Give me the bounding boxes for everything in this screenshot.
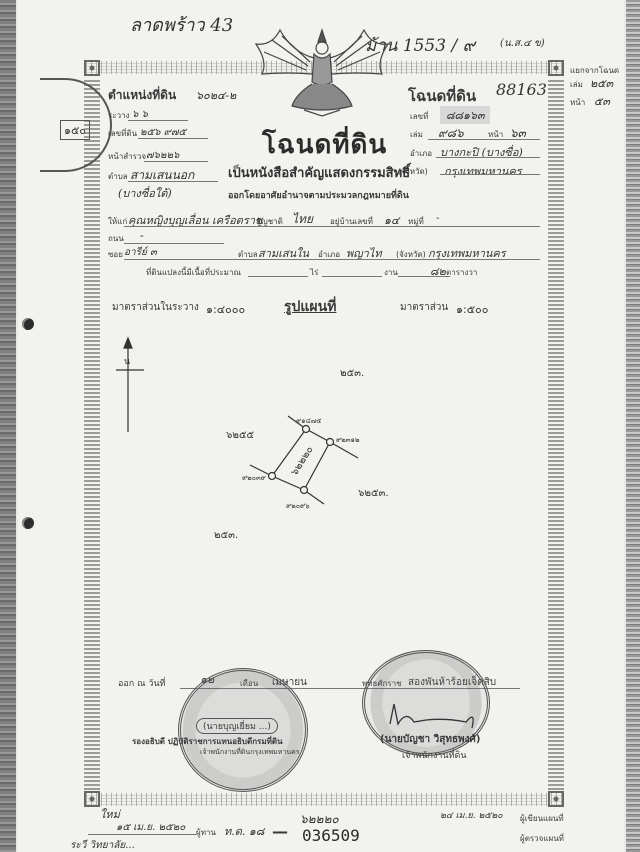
split-page-label: หน้า — [570, 96, 585, 109]
checker-label: ผู้ตรวจแผนที่ — [520, 832, 564, 845]
sheet-scale-label: มาตราส่วนในระวาง — [112, 300, 199, 315]
subdistrict-value: สามเสนนอก — [130, 166, 194, 185]
adjacent-label: ๖๒๕๓. — [358, 488, 389, 499]
footer-left-label: ผู้ทาน — [196, 826, 216, 839]
footer-right-note: ๒๔ เม.ย. ๒๕๒๐ — [440, 808, 503, 822]
corner-ornament-icon — [548, 791, 564, 807]
number-label: เลขที่ — [410, 110, 428, 123]
garuda-emblem-icon — [252, 22, 392, 117]
signature-icon — [386, 700, 486, 730]
number-value: ๘๘๑๖๓ — [440, 106, 490, 124]
scan-edge-right — [626, 0, 640, 852]
wa-value: ๘๒ — [430, 262, 446, 280]
area-label: ที่ดินแปลงนี้มีเนื้อที่ประมาณ — [146, 266, 241, 279]
book-label: เล่ม — [410, 128, 423, 141]
corner-ornament-icon — [84, 791, 100, 807]
district-value: บางกะปิ (บางซื่อ) — [440, 143, 523, 161]
handwritten-note: (น.ส.๔ ข) — [500, 36, 545, 51]
parcel-label: ๖๒๒๒๐ — [289, 444, 315, 477]
split-book-label: เล่ม — [570, 78, 583, 91]
road-label: ถนน — [108, 232, 124, 245]
split-book-value: ๒๕๓ — [590, 74, 613, 92]
footer-center-hand: ๖๒๒๒๐ — [300, 810, 339, 829]
north-label: น — [124, 357, 130, 367]
marker-label: ๙๑๔๗๕ — [296, 417, 321, 425]
deed-number-handwritten: 88163 — [496, 80, 547, 99]
rai-label: ไร่ — [310, 266, 318, 279]
subdistrict-label: ตำบล — [108, 170, 128, 183]
handwritten-note: ลาดพร้าว 43 — [130, 10, 233, 39]
adjacent-label: ๖๒๕๕ — [226, 430, 255, 441]
position-label: ตำแหน่งที่ดิน — [108, 86, 176, 105]
marker-label: ๙๒๐๓๙ — [242, 474, 266, 482]
serial-dash: — — [272, 822, 288, 841]
footer-bottom-note: ระวี วิทยาลัย... — [70, 838, 135, 852]
sheet-scale-value: ๑:๔๐๐๐ — [206, 300, 245, 318]
soi-value: อารีย์ ๓ — [124, 245, 157, 260]
marker-label: ๙๒๓๑๒ — [336, 436, 360, 444]
road-value: - — [140, 229, 144, 242]
corner-ornament-icon — [84, 60, 100, 76]
survey-page-label: หน้าสำรวจ — [108, 150, 146, 163]
split-page-value: ๕๓ — [594, 92, 610, 110]
ornamental-border-right — [548, 80, 564, 792]
position-value: ๖๐๒๔-๒ — [196, 86, 236, 104]
drawer-label: ผู้เขียนแผนที่ — [520, 812, 564, 825]
scan-edge-left — [0, 0, 16, 852]
right-signatory-title: เจ้าพนักงานที่ดิน — [402, 748, 466, 762]
wa-label: ตารางวา — [446, 266, 477, 279]
punch-hole-icon — [22, 318, 34, 330]
left-signatory-name: (นายบุญเยี่ยม ...) — [196, 718, 278, 734]
ornamental-border-bottom — [84, 793, 564, 806]
issued-by-text: ออกโดยอาศัยอำนาจตามประมวลกฎหมายที่ดิน — [228, 188, 409, 202]
deed-label: โฉนดที่ดิน — [408, 84, 476, 108]
parcel-map: น ๖๒๒๒๐ ๙๑๔๗๕ ๙๒๓๑๒ ๙๒๐๓๙ ๙๒๐๙๖ ๒๕๓. ๖๒๕… — [100, 330, 520, 630]
parcel-label: เลขที่ดิน — [108, 127, 137, 140]
right-signatory-name: (นายบัญชา วิสุทธพงศ์) — [380, 732, 480, 747]
district-label: อำเภอ — [410, 147, 432, 160]
marker-label: ๙๒๐๙๖ — [286, 502, 310, 510]
ornamental-border-left — [84, 80, 100, 792]
issue-label: ออก ณ วันที่ — [118, 676, 165, 690]
stamp-value: ๑๕๐ — [60, 120, 90, 140]
map-scale-value: ๑:๕๐๐ — [456, 300, 488, 318]
punch-hole-icon — [22, 517, 34, 529]
left-signatory-sub: เจ้าพนักงานที่ดินกรุงเทพมหานคร — [200, 747, 300, 758]
sheet-label: ระวาง — [108, 109, 129, 122]
ngan-label: งาน — [384, 266, 398, 279]
corner-ornament-icon — [548, 60, 564, 76]
form-code: ท.ด. ๑๘ — [224, 822, 264, 840]
footer-note: ๑๕ เม.ย. ๒๕๒๐ — [116, 820, 185, 835]
subdistrict-note: (บางซื่อใต้) — [118, 184, 172, 202]
map-title: รูปแผนที่ — [284, 296, 336, 318]
soi-label: ซอย — [108, 248, 123, 261]
moo-value: - — [436, 213, 440, 224]
document-subtitle: เป็นหนังสือสำคัญแสดงกรรมสิทธิ์ — [228, 162, 410, 183]
province-value: กรุงเทพมหานคร — [444, 162, 522, 180]
book-value: ๙๘๖ — [438, 124, 464, 143]
adjacent-label: ๒๕๓. — [214, 530, 238, 541]
page-value: ๖๓ — [510, 124, 526, 143]
map-scale-label: มาตราส่วน — [400, 300, 448, 315]
document-title: โฉนดที่ดิน — [262, 124, 387, 165]
adjacent-label: ๒๕๓. — [340, 368, 364, 379]
